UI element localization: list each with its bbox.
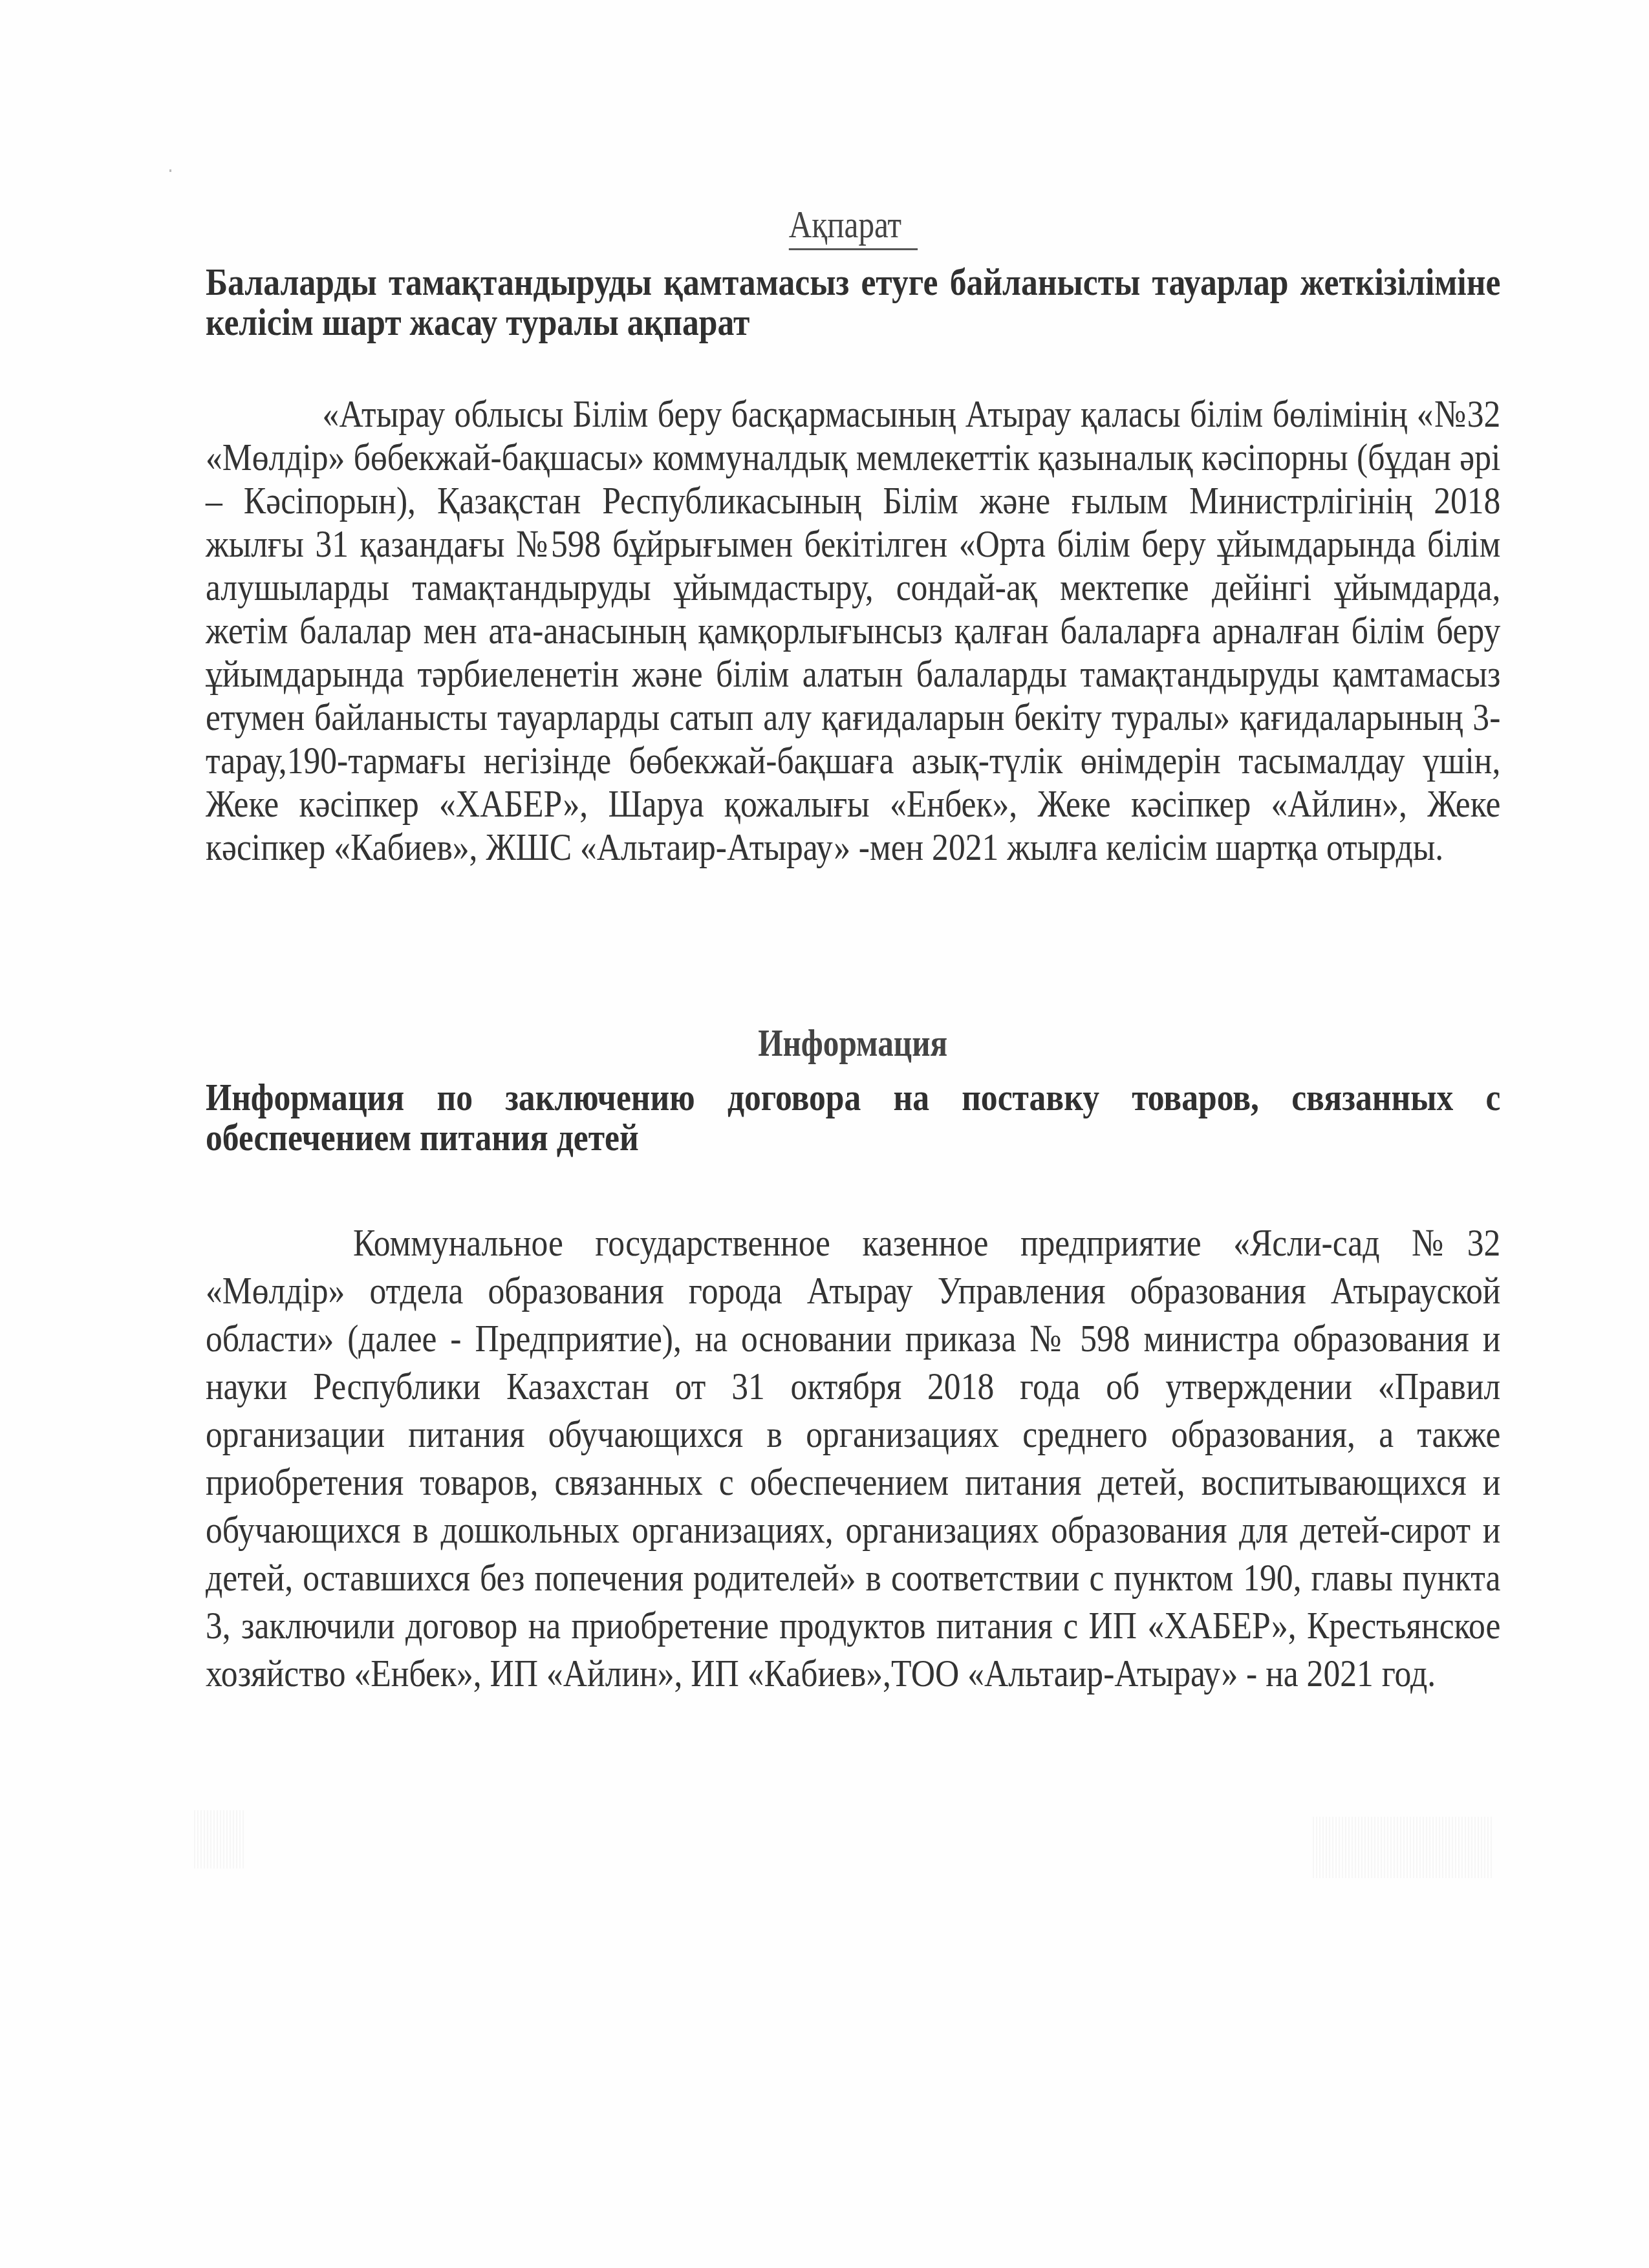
- scan-speck: [169, 169, 171, 172]
- kazakh-title: Ақпарат: [206, 202, 1500, 250]
- kazakh-heading: Балаларды тамақтандыруды қамтамасыз етуг…: [206, 262, 1500, 342]
- russian-section: Информация Информация по заключению дого…: [206, 1020, 1500, 1697]
- russian-heading: Информация по заключению договора на пос…: [206, 1077, 1500, 1157]
- russian-paragraph: Коммунальное государственное казенное пр…: [206, 1219, 1500, 1697]
- russian-title: Информация: [206, 1020, 1500, 1065]
- russian-heading-text: Информация по заключению договора на пос…: [206, 1077, 1500, 1157]
- kazakh-section: Ақпарат Балаларды тамақтандыруды қамтама…: [206, 202, 1500, 869]
- kazakh-heading-text: Балаларды тамақтандыруды қамтамасыз етуг…: [206, 262, 1500, 342]
- kazakh-paragraph: «Атырау облысы Білім беру басқармасының …: [206, 392, 1500, 869]
- kazakh-paragraph-text: «Атырау облысы Білім беру басқармасының …: [206, 392, 1500, 869]
- scan-noise: [194, 1810, 246, 1868]
- scanned-page: Ақпарат Балаларды тамақтандыруды қамтама…: [0, 0, 1649, 2268]
- russian-title-text: Информация: [759, 1020, 948, 1065]
- russian-paragraph-text: Коммунальное государственное казенное пр…: [206, 1219, 1500, 1697]
- kazakh-title-text: Ақпарат: [789, 202, 918, 250]
- scan-noise: [1313, 1817, 1494, 1878]
